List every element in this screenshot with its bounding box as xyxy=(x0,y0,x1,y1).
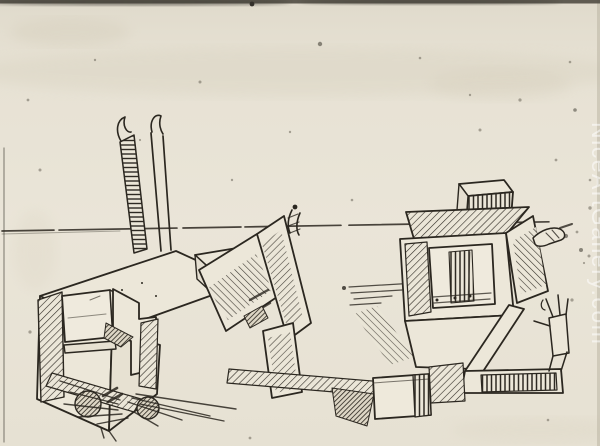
artwork-image: NiceArtGallery.com xyxy=(0,0,600,446)
right-figure-shadow-block xyxy=(429,363,465,403)
right-figure-torso xyxy=(400,233,514,321)
artwork-scan: NiceArtGallery.com xyxy=(0,0,600,446)
watermark-text: NiceArtGallery.com xyxy=(587,122,600,345)
